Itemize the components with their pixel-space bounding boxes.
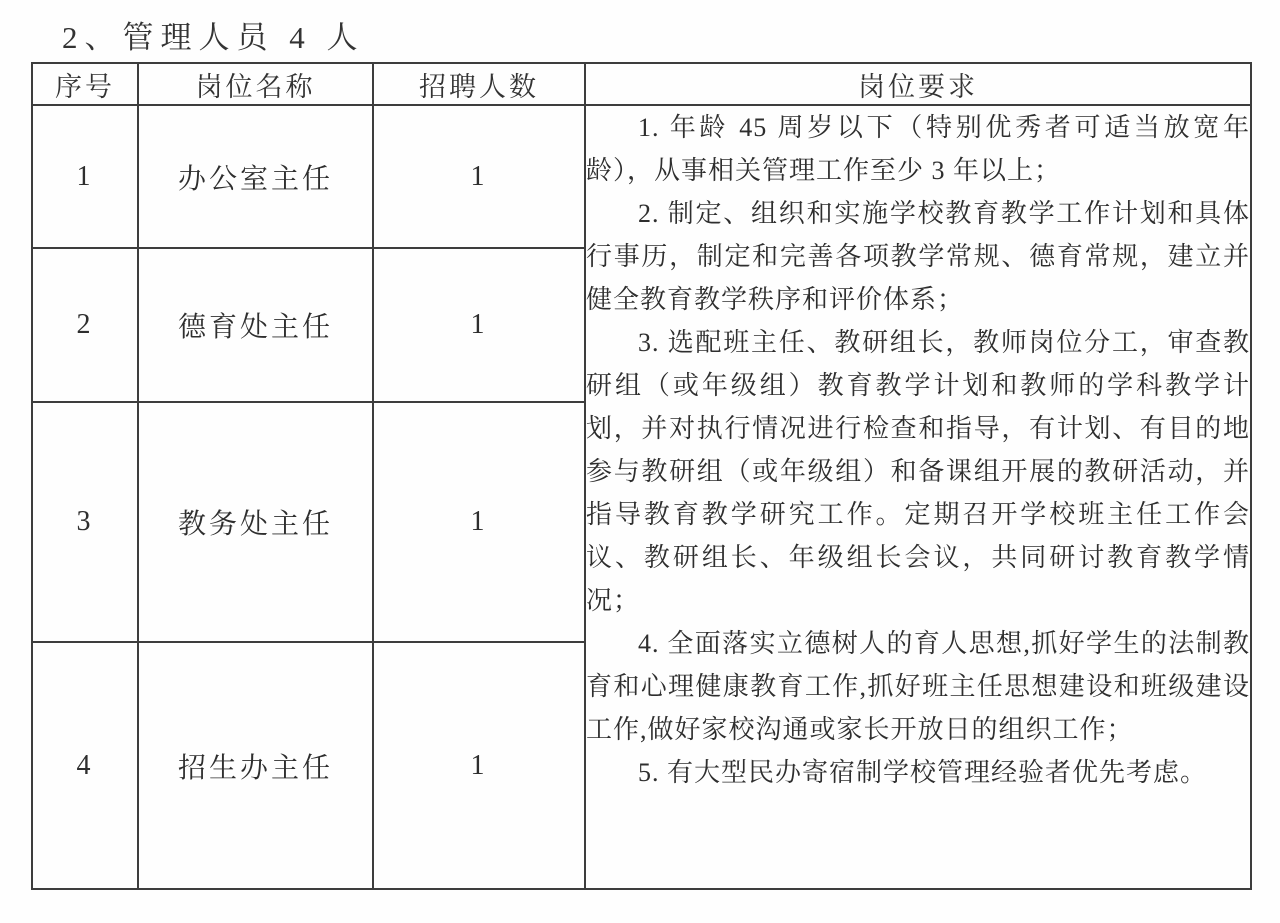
header-position: 岗位名称 [138, 63, 373, 105]
row-index: 1 [32, 105, 138, 248]
requirement-paragraph: 1. 年龄 45 周岁以下（特别优秀者可适当放宽年龄），从事相关管理工作至少 3… [586, 106, 1250, 192]
row-index: 4 [32, 642, 138, 889]
requirement-paragraph: 5. 有大型民办寄宿制学校管理经验者优先考虑。 [586, 751, 1250, 794]
recruit-count: 1 [373, 642, 585, 889]
position-name: 办公室主任 [138, 105, 373, 248]
requirement-paragraph: 3. 选配班主任、教研组长，教师岗位分工，审查教研组（或年级组）教育教学计划和教… [586, 321, 1250, 622]
row-index: 2 [32, 248, 138, 402]
header-count: 招聘人数 [373, 63, 585, 105]
table-header-row: 序号 岗位名称 招聘人数 岗位要求 [32, 63, 1251, 105]
recruit-count: 1 [373, 105, 585, 248]
position-name: 招生办主任 [138, 642, 373, 889]
position-name: 教务处主任 [138, 402, 373, 642]
requirement-paragraph: 4. 全面落实立德树人的育人思想,抓好学生的法制教育和心理健康教育工作,抓好班主… [586, 622, 1250, 751]
requirement-paragraph: 2. 制定、组织和实施学校教育教学工作计划和具体行事历，制定和完善各项教学常规、… [586, 192, 1250, 321]
position-name: 德育处主任 [138, 248, 373, 402]
recruit-count: 1 [373, 248, 585, 402]
document-page: 2、管理人员 4 人 序号 岗位名称 招聘人数 岗位要求 1 办公室主任 1 1… [0, 0, 1280, 923]
section-title: 2、管理人员 4 人 [62, 12, 365, 57]
header-requirements: 岗位要求 [585, 63, 1251, 105]
row-index: 3 [32, 402, 138, 642]
table-row: 1 办公室主任 1 1. 年龄 45 周岁以下（特别优秀者可适当放宽年龄），从事… [32, 105, 1251, 248]
requirements-cell: 1. 年龄 45 周岁以下（特别优秀者可适当放宽年龄），从事相关管理工作至少 3… [585, 105, 1251, 889]
header-index: 序号 [32, 63, 138, 105]
recruitment-table: 序号 岗位名称 招聘人数 岗位要求 1 办公室主任 1 1. 年龄 45 周岁以… [31, 62, 1252, 890]
recruit-count: 1 [373, 402, 585, 642]
